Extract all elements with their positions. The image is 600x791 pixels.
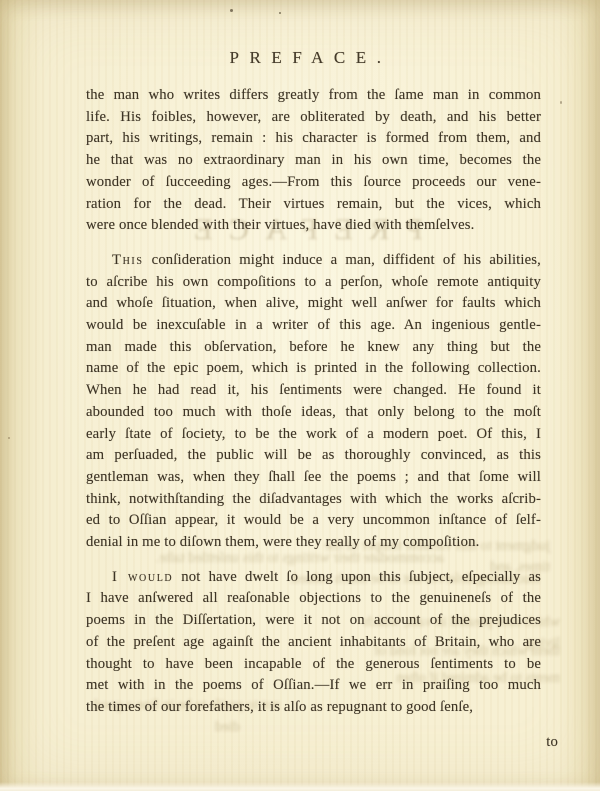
text-line: were once blended with their virtues, ha… (86, 215, 541, 237)
text-line: he that was no extraordinary man in his … (86, 150, 541, 172)
text-line: I have anſwered all reaſonable objection… (86, 588, 541, 610)
paper-speck (279, 12, 281, 14)
page-body: the man who writes differs greatly from … (86, 85, 541, 753)
text-line: This conſideration might induce a man, d… (86, 250, 541, 272)
text-line: When he had read it, his ſentiments were… (86, 380, 541, 402)
text-line: the times of our forefathers, it is alſo… (86, 697, 541, 719)
page-bottom-edge (0, 782, 600, 791)
paragraph: I would not have dwelt ſo long upon this… (86, 567, 541, 719)
text-line: ration for the dead. Their virtues remai… (86, 194, 541, 216)
text-line: the man who writes differs greatly from … (86, 85, 541, 107)
scanned-book-page: PREFACE judgment to this variable temper… (0, 0, 600, 791)
text-line: denial in me to diſown them, were they r… (86, 532, 541, 554)
paragraph-lead: I would (112, 569, 173, 585)
text-line: abounded too much with thoſe ideas, that… (86, 402, 541, 424)
text-line: gentleman was, when they ſhall ſee the p… (86, 467, 541, 489)
text-line: wonder of ſucceeding ages.—From this ſou… (86, 172, 541, 194)
text-line: early ſtate of ſociety, to be the work o… (86, 424, 541, 446)
page-title: PREFACE. (0, 48, 600, 68)
paragraph-lead-rest: conſideration might induce a man, diffid… (144, 252, 542, 268)
text-line: I would not have dwelt ſo long upon this… (86, 567, 541, 589)
text-line: part, his writings, remain : his charact… (86, 128, 541, 150)
text-line: would be inexcuſable in a writer of this… (86, 315, 541, 337)
paragraph-lead: This (112, 252, 144, 268)
text-line: and whoſe ſituation, when alive, might w… (86, 293, 541, 315)
text-line: ed to Oſſian appear, it would be a very … (86, 510, 541, 532)
paper-speck (8, 437, 10, 439)
text-line: poems in the Diſſertation, were it not o… (86, 610, 541, 632)
text-line: man made this obſervation, before he kne… (86, 337, 541, 359)
catchword: to (86, 732, 558, 754)
text-line: think, notwithſtanding the diſadvantages… (86, 489, 541, 511)
paragraph: the man who writes differs greatly from … (86, 85, 541, 237)
paper-speck (560, 101, 562, 104)
paragraph: This conſideration might induce a man, d… (86, 250, 541, 554)
text-line: am perſuaded, the public will be as thor… (86, 445, 541, 467)
text-line: to aſcribe his own compoſitions to a per… (86, 272, 541, 294)
paragraph-lead-rest: not have dwelt ſo long upon this ſubject… (173, 569, 541, 585)
paper-speck (230, 9, 233, 12)
text-line: thought to have been incapable of the ge… (86, 654, 541, 676)
text-line: name of the epic poem, which is printed … (86, 358, 541, 380)
text-line: met with in the poems of Oſſian.—If we e… (86, 675, 541, 697)
text-line: of the preſent age againſt the ancient i… (86, 632, 541, 654)
text-line: life. His foibles, however, are oblitera… (86, 107, 541, 129)
